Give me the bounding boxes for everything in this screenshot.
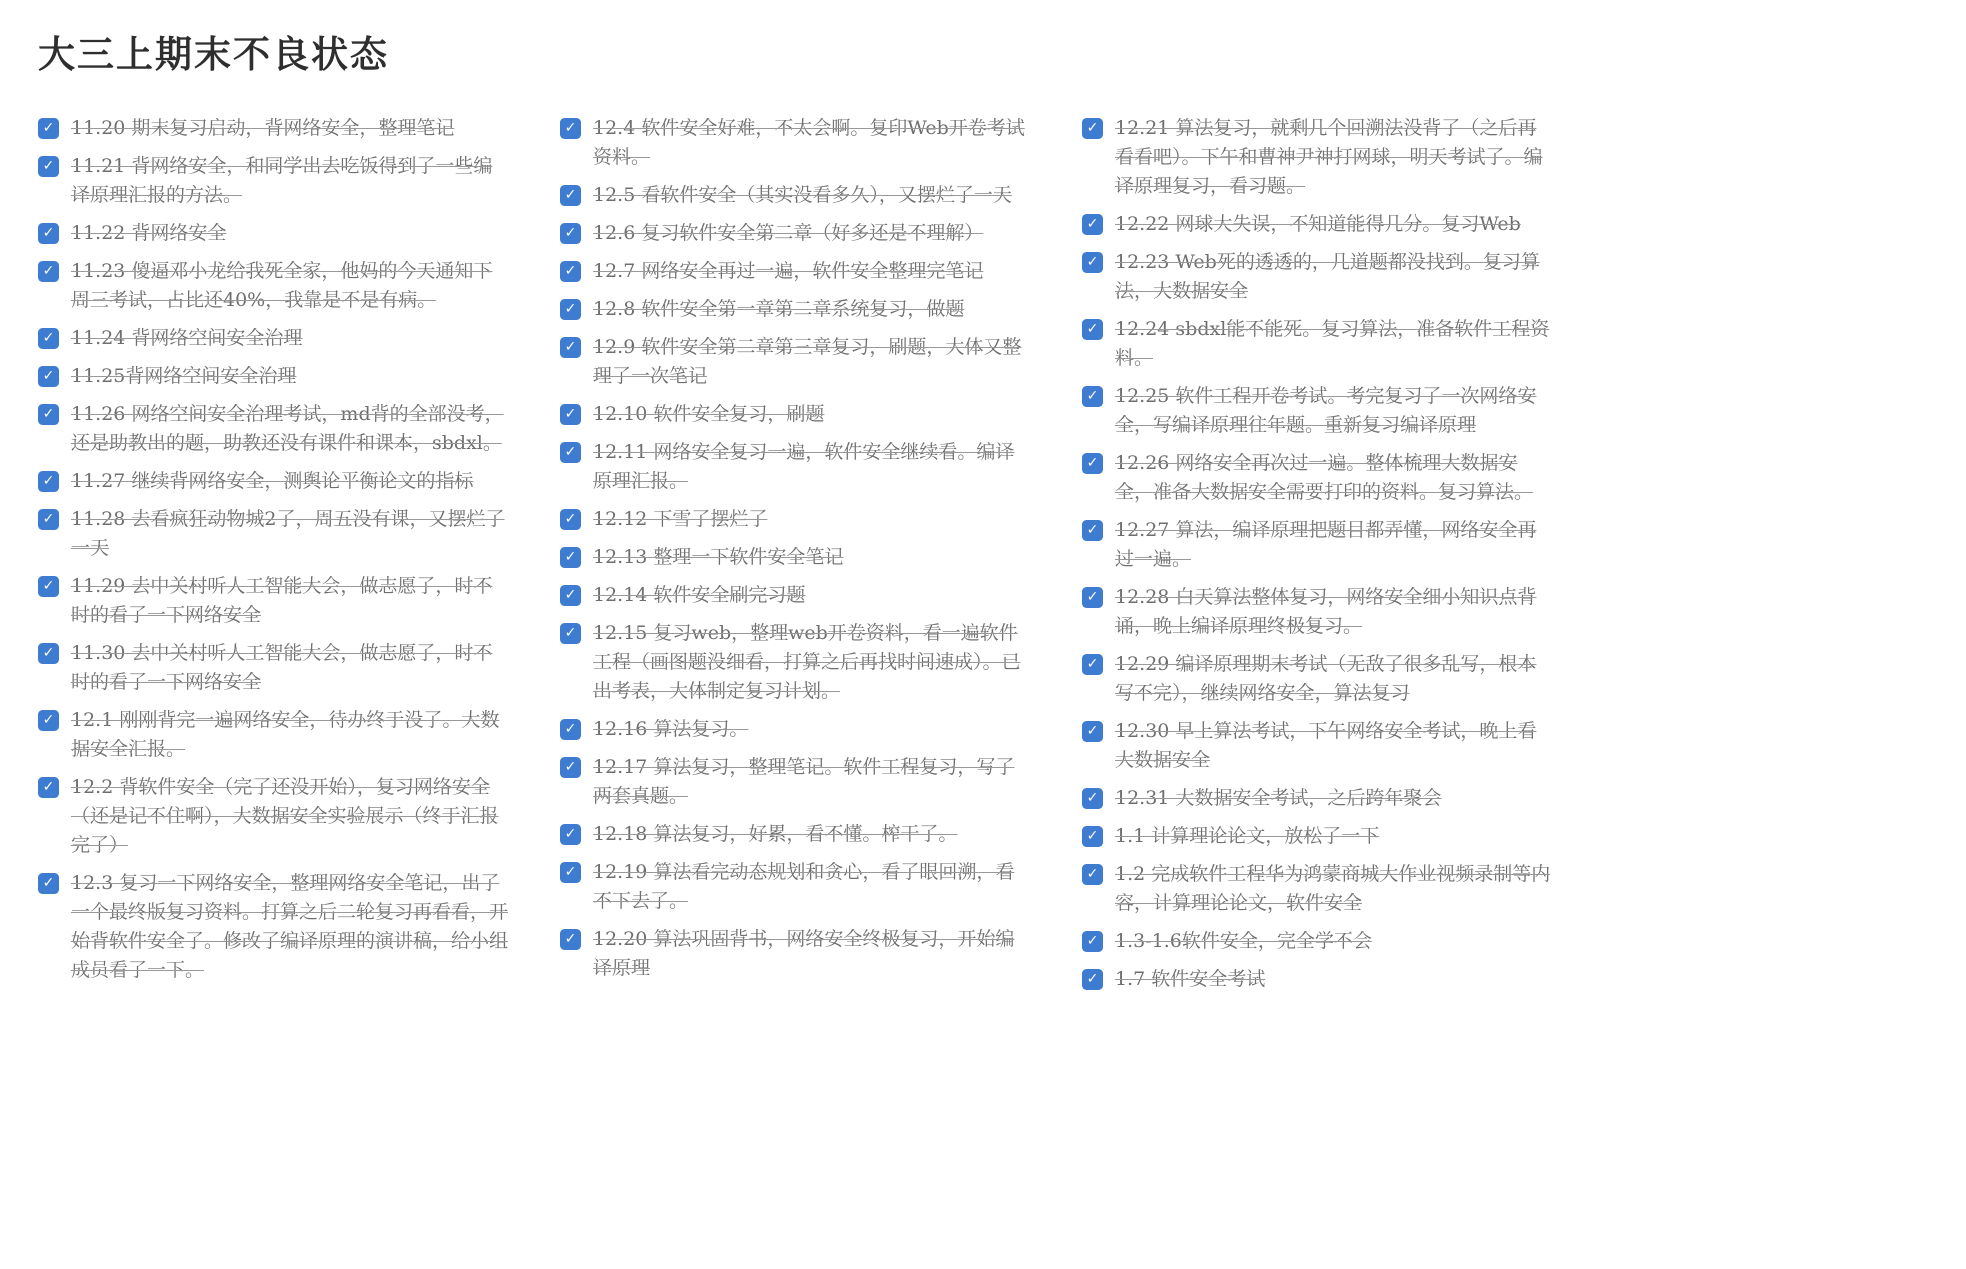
todo-item-text: 11.26 网络空间安全治理考试，md背的全部没考，还是助教出的题，助教还没有课… (71, 400, 508, 458)
todo-item-text: 12.9 软件安全第二章第三章复习，刷题，大体又整理了一次笔记 (593, 333, 1030, 391)
todo-item-text: 11.27 继续背网络安全，测舆论平衡论文的指标 (71, 467, 473, 496)
todo-item: ✓12.10 软件安全复习，刷题 (560, 400, 1030, 429)
checkbox-checked-icon[interactable]: ✓ (1082, 252, 1103, 273)
todo-column-2: ✓12.4 软件安全好难，不太会啊。复印Web开卷考试资料。✓12.5 看软件安… (560, 114, 1030, 992)
todo-item: ✓12.7 网络安全再过一遍，软件安全整理完笔记 (560, 257, 1030, 286)
todo-column-3: ✓12.21 算法复习，就剩几个回溯法没背了（之后再看看吧）。下午和曹神尹神打网… (1082, 114, 1552, 1003)
todo-item: ✓12.12 下雪了摆烂了 (560, 505, 1030, 534)
todo-columns: ✓11.20 期末复习启动，背网络安全，整理笔记✓11.21 背网络安全，和同学… (38, 114, 1930, 1003)
todo-item: ✓1.2 完成软件工程华为鸿蒙商城大作业视频录制等内容，计算理论论文，软件安全 (1082, 860, 1552, 918)
checkbox-checked-icon[interactable]: ✓ (38, 509, 59, 530)
checkbox-checked-icon[interactable]: ✓ (560, 585, 581, 606)
checkbox-checked-icon[interactable]: ✓ (560, 757, 581, 778)
checkbox-checked-icon[interactable]: ✓ (1082, 386, 1103, 407)
todo-item: ✓12.17 算法复习，整理笔记。软件工程复习，写了两套真题。 (560, 753, 1030, 811)
todo-item: ✓12.30 早上算法考试，下午网络安全考试，晚上看大数据安全 (1082, 717, 1552, 775)
todo-item-text: 11.24 背网络空间安全治理 (71, 324, 302, 353)
todo-item: ✓12.5 看软件安全（其实没看多久），又摆烂了一天 (560, 181, 1030, 210)
todo-item: ✓12.11 网络安全复习一遍，软件安全继续看。编译原理汇报。 (560, 438, 1030, 496)
todo-item-text: 12.22 网球大失误，不知道能得几分。复习Web (1115, 210, 1521, 239)
todo-item-text: 12.10 软件安全复习，刷题 (593, 400, 824, 429)
todo-item: ✓12.8 软件安全第一章第二章系统复习，做题 (560, 295, 1030, 324)
todo-item: ✓12.25 软件工程开卷考试。考完复习了一次网络安全，写编译原理往年题。重新复… (1082, 382, 1552, 440)
todo-item: ✓12.13 整理一下软件安全笔记 (560, 543, 1030, 572)
todo-item-text: 12.13 整理一下软件安全笔记 (593, 543, 843, 572)
todo-item-text: 12.26 网络安全再次过一遍。整体梳理大数据安全，准备大数据安全需要打印的资料… (1115, 449, 1552, 507)
todo-item-text: 12.15 复习web，整理web开卷资料，看一遍软件工程（画图题没细看，打算之… (593, 619, 1030, 706)
todo-item: ✓11.30 去中关村听人工智能大会，做志愿了，时不时的看了一下网络安全 (38, 639, 508, 697)
todo-item: ✓12.9 软件安全第二章第三章复习，刷题，大体又整理了一次笔记 (560, 333, 1030, 391)
todo-item-text: 12.24 sbdxl能不能死。复习算法，准备软件工程资料。 (1115, 315, 1552, 373)
todo-item-text: 12.25 软件工程开卷考试。考完复习了一次网络安全，写编译原理往年题。重新复习… (1115, 382, 1552, 440)
checkbox-checked-icon[interactable]: ✓ (1082, 969, 1103, 990)
todo-item: ✓12.31 大数据安全考试，之后跨年聚会 (1082, 784, 1552, 813)
todo-item-text: 1.7 软件安全考试 (1115, 965, 1265, 994)
todo-item: ✓12.29 编译原理期末考试（无敌了很多乱写，根本写不完），继续网络安全，算法… (1082, 650, 1552, 708)
checkbox-checked-icon[interactable]: ✓ (38, 261, 59, 282)
todo-item-text: 12.17 算法复习，整理笔记。软件工程复习，写了两套真题。 (593, 753, 1030, 811)
todo-item: ✓12.6 复习软件安全第二章（好多还是不理解） (560, 219, 1030, 248)
todo-item-text: 12.4 软件安全好难，不太会啊。复印Web开卷考试资料。 (593, 114, 1030, 172)
todo-item: ✓12.27 算法，编译原理把题目都弄懂，网络安全再过一遍。 (1082, 516, 1552, 574)
todo-item: ✓12.23 Web死的透透的，几道题都没找到。复习算法，大数据安全 (1082, 248, 1552, 306)
checkbox-checked-icon[interactable]: ✓ (560, 719, 581, 740)
todo-item-text: 12.27 算法，编译原理把题目都弄懂，网络安全再过一遍。 (1115, 516, 1552, 574)
todo-item: ✓12.28 白天算法整体复习，网络安全细小知识点背诵，晚上编译原理终极复习。 (1082, 583, 1552, 641)
todo-item: ✓1.1 计算理论论文，放松了一下 (1082, 822, 1552, 851)
checkbox-checked-icon[interactable]: ✓ (1082, 826, 1103, 847)
todo-item: ✓1.3-1.6软件安全，完全学不会 (1082, 927, 1552, 956)
todo-item: ✓12.22 网球大失误，不知道能得几分。复习Web (1082, 210, 1552, 239)
todo-item-text: 12.3 复习一下网络安全，整理网络安全笔记，出了一个最终版复习资料。打算之后二… (71, 869, 508, 985)
checkbox-checked-icon[interactable]: ✓ (1082, 520, 1103, 541)
todo-item-text: 12.20 算法巩固背书，网络安全终极复习，开始编译原理 (593, 925, 1030, 983)
todo-item: ✓12.16 算法复习。 (560, 715, 1030, 744)
checkbox-checked-icon[interactable]: ✓ (560, 824, 581, 845)
todo-item-text: 12.1 刚刚背完一遍网络安全，待办终于没了。大数据安全汇报。 (71, 706, 508, 764)
todo-item-text: 12.14 软件安全刷完习题 (593, 581, 805, 610)
note-page: 大三上期末不良状态 ✓11.20 期末复习启动，背网络安全，整理笔记✓11.21… (0, 0, 1966, 1269)
todo-item: ✓12.15 复习web，整理web开卷资料，看一遍软件工程（画图题没细看，打算… (560, 619, 1030, 706)
todo-item-text: 12.21 算法复习，就剩几个回溯法没背了（之后再看看吧）。下午和曹神尹神打网球… (1115, 114, 1552, 201)
checkbox-checked-icon[interactable]: ✓ (560, 404, 581, 425)
todo-item-text: 12.16 算法复习。 (593, 715, 748, 744)
todo-item-text: 12.8 软件安全第一章第二章系统复习，做题 (593, 295, 964, 324)
checkbox-checked-icon[interactable]: ✓ (560, 547, 581, 568)
todo-item-text: 11.28 去看疯狂动物城2了，周五没有课，又摆烂了一天 (71, 505, 508, 563)
todo-item: ✓11.22 背网络安全 (38, 219, 508, 248)
todo-item-text: 12.30 早上算法考试，下午网络安全考试，晚上看大数据安全 (1115, 717, 1552, 775)
checkbox-checked-icon[interactable]: ✓ (1082, 864, 1103, 885)
todo-item-text: 11.21 背网络安全，和同学出去吃饭得到了一些编译原理汇报的方法。 (71, 152, 508, 210)
checkbox-checked-icon[interactable]: ✓ (1082, 118, 1103, 139)
checkbox-checked-icon[interactable]: ✓ (560, 929, 581, 950)
todo-item-text: 12.19 算法看完动态规划和贪心，看了眼回溯，看不下去了。 (593, 858, 1030, 916)
checkbox-checked-icon[interactable]: ✓ (38, 873, 59, 894)
checkbox-checked-icon[interactable]: ✓ (38, 156, 59, 177)
todo-item: ✓12.18 算法复习，好累，看不懂。榨干了。 (560, 820, 1030, 849)
checkbox-checked-icon[interactable]: ✓ (560, 509, 581, 530)
todo-item: ✓11.28 去看疯狂动物城2了，周五没有课，又摆烂了一天 (38, 505, 508, 563)
checkbox-checked-icon[interactable]: ✓ (560, 261, 581, 282)
todo-item: ✓11.26 网络空间安全治理考试，md背的全部没考，还是助教出的题，助教还没有… (38, 400, 508, 458)
todo-item: ✓11.21 背网络安全，和同学出去吃饭得到了一些编译原理汇报的方法。 (38, 152, 508, 210)
checkbox-checked-icon[interactable]: ✓ (1082, 453, 1103, 474)
checkbox-checked-icon[interactable]: ✓ (38, 643, 59, 664)
checkbox-checked-icon[interactable]: ✓ (560, 862, 581, 883)
todo-item-text: 12.12 下雪了摆烂了 (593, 505, 767, 534)
todo-item-text: 12.5 看软件安全（其实没看多久），又摆烂了一天 (593, 181, 1012, 210)
todo-item-text: 11.23 傻逼邓小龙给我死全家，他妈的今天通知下周三考试，占比还40%，我靠是… (71, 257, 508, 315)
todo-item: ✓11.20 期末复习启动，背网络安全，整理笔记 (38, 114, 508, 143)
todo-item: ✓12.2 背软件安全（完了还没开始），复习网络安全（还是记不住啊），大数据安全… (38, 773, 508, 860)
todo-item: ✓12.19 算法看完动态规划和贪心，看了眼回溯，看不下去了。 (560, 858, 1030, 916)
todo-item-text: 1.3-1.6软件安全，完全学不会 (1115, 927, 1372, 956)
todo-item-text: 11.20 期末复习启动，背网络安全，整理笔记 (71, 114, 454, 143)
todo-item-text: 12.6 复习软件安全第二章（好多还是不理解） (593, 219, 983, 248)
todo-item: ✓12.1 刚刚背完一遍网络安全，待办终于没了。大数据安全汇报。 (38, 706, 508, 764)
checkbox-checked-icon[interactable]: ✓ (1082, 587, 1103, 608)
todo-item: ✓11.24 背网络空间安全治理 (38, 324, 508, 353)
todo-item-text: 11.25背网络空间安全治理 (71, 362, 296, 391)
checkbox-checked-icon[interactable]: ✓ (1082, 721, 1103, 742)
todo-item-text: 12.11 网络安全复习一遍，软件安全继续看。编译原理汇报。 (593, 438, 1030, 496)
checkbox-checked-icon[interactable]: ✓ (38, 366, 59, 387)
checkbox-checked-icon[interactable]: ✓ (1082, 319, 1103, 340)
page-title: 大三上期末不良状态 (38, 24, 1930, 78)
checkbox-checked-icon[interactable]: ✓ (38, 118, 59, 139)
todo-item: ✓12.4 软件安全好难，不太会啊。复印Web开卷考试资料。 (560, 114, 1030, 172)
todo-item-text: 12.2 背软件安全（完了还没开始），复习网络安全（还是记不住啊），大数据安全实… (71, 773, 508, 860)
checkbox-checked-icon[interactable]: ✓ (38, 576, 59, 597)
todo-item: ✓11.23 傻逼邓小龙给我死全家，他妈的今天通知下周三考试，占比还40%，我靠… (38, 257, 508, 315)
todo-item: ✓11.27 继续背网络安全，测舆论平衡论文的指标 (38, 467, 508, 496)
checkbox-checked-icon[interactable]: ✓ (1082, 931, 1103, 952)
checkbox-checked-icon[interactable]: ✓ (1082, 214, 1103, 235)
checkbox-checked-icon[interactable]: ✓ (38, 471, 59, 492)
todo-item-text: 12.28 白天算法整体复习，网络安全细小知识点背诵，晚上编译原理终极复习。 (1115, 583, 1552, 641)
checkbox-checked-icon[interactable]: ✓ (38, 404, 59, 425)
checkbox-checked-icon[interactable]: ✓ (560, 623, 581, 644)
todo-item: ✓12.20 算法巩固背书，网络安全终极复习，开始编译原理 (560, 925, 1030, 983)
todo-item: ✓11.29 去中关村听人工智能大会，做志愿了，时不时的看了一下网络安全 (38, 572, 508, 630)
checkbox-checked-icon[interactable]: ✓ (1082, 788, 1103, 809)
checkbox-checked-icon[interactable]: ✓ (38, 710, 59, 731)
checkbox-checked-icon[interactable]: ✓ (38, 223, 59, 244)
todo-item-text: 12.7 网络安全再过一遍，软件安全整理完笔记 (593, 257, 983, 286)
checkbox-checked-icon[interactable]: ✓ (560, 299, 581, 320)
checkbox-checked-icon[interactable]: ✓ (560, 337, 581, 358)
todo-item-text: 12.31 大数据安全考试，之后跨年聚会 (1115, 784, 1441, 813)
todo-item-text: 11.29 去中关村听人工智能大会，做志愿了，时不时的看了一下网络安全 (71, 572, 508, 630)
todo-item: ✓12.26 网络安全再次过一遍。整体梳理大数据安全，准备大数据安全需要打印的资… (1082, 449, 1552, 507)
todo-item-text: 1.2 完成软件工程华为鸿蒙商城大作业视频录制等内容，计算理论论文，软件安全 (1115, 860, 1552, 918)
checkbox-checked-icon[interactable]: ✓ (560, 185, 581, 206)
todo-item: ✓12.14 软件安全刷完习题 (560, 581, 1030, 610)
checkbox-checked-icon[interactable]: ✓ (560, 223, 581, 244)
checkbox-checked-icon[interactable]: ✓ (1082, 654, 1103, 675)
todo-item-text: 12.23 Web死的透透的，几道题都没找到。复习算法，大数据安全 (1115, 248, 1552, 306)
todo-item-text: 12.18 算法复习，好累，看不懂。榨干了。 (593, 820, 957, 849)
todo-item: ✓12.3 复习一下网络安全，整理网络安全笔记，出了一个最终版复习资料。打算之后… (38, 869, 508, 985)
todo-item-text: 11.22 背网络安全 (71, 219, 226, 248)
checkbox-checked-icon[interactable]: ✓ (38, 777, 59, 798)
todo-item: ✓12.21 算法复习，就剩几个回溯法没背了（之后再看看吧）。下午和曹神尹神打网… (1082, 114, 1552, 201)
checkbox-checked-icon[interactable]: ✓ (560, 442, 581, 463)
todo-item: ✓11.25背网络空间安全治理 (38, 362, 508, 391)
todo-item: ✓12.24 sbdxl能不能死。复习算法，准备软件工程资料。 (1082, 315, 1552, 373)
todo-item-text: 12.29 编译原理期末考试（无敌了很多乱写，根本写不完），继续网络安全，算法复… (1115, 650, 1552, 708)
todo-item: ✓1.7 软件安全考试 (1082, 965, 1552, 994)
checkbox-checked-icon[interactable]: ✓ (560, 118, 581, 139)
todo-column-1: ✓11.20 期末复习启动，背网络安全，整理笔记✓11.21 背网络安全，和同学… (38, 114, 508, 994)
todo-item-text: 1.1 计算理论论文，放松了一下 (1115, 822, 1379, 851)
checkbox-checked-icon[interactable]: ✓ (38, 328, 59, 349)
todo-item-text: 11.30 去中关村听人工智能大会，做志愿了，时不时的看了一下网络安全 (71, 639, 508, 697)
